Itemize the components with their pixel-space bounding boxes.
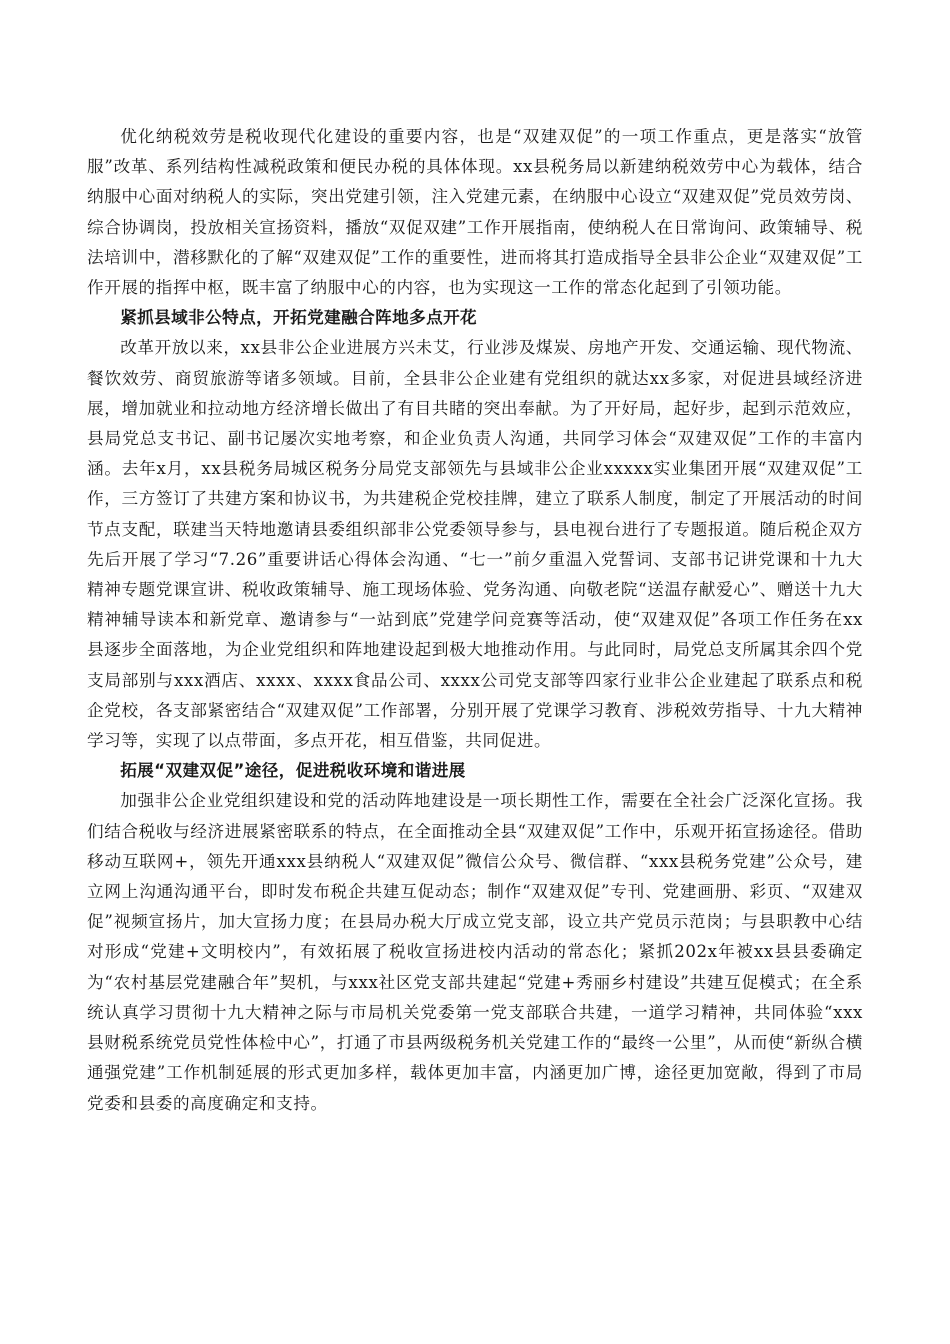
paragraph-publicity-channels: 加强非公企业党组织建设和党的活动阵地建设是一项长期性工作，需要在全社会广泛深化宣… (87, 786, 863, 1118)
paragraph-tax-service-center: 优化纳税效劳是税收现代化建设的重要内容，也是“双建双促”的一项工作重点，更是落实… (87, 122, 863, 303)
section-heading-expand-channels: 拓展“双建双促”途径，促进税收环境和谐进展 (87, 756, 863, 786)
section-heading-county-nonpublic: 紧抓县域非公特点，开拓党建融合阵地多点开花 (87, 303, 863, 333)
paragraph-county-nonpublic-enterprises: 改革开放以来，xx县非公企业进展方兴未艾，行业涉及煤炭、房地产开发、交通运输、现… (87, 333, 863, 756)
document-page: 优化纳税效劳是税收现代化建设的重要内容，也是“双建双促”的一项工作重点，更是落实… (87, 122, 863, 1119)
